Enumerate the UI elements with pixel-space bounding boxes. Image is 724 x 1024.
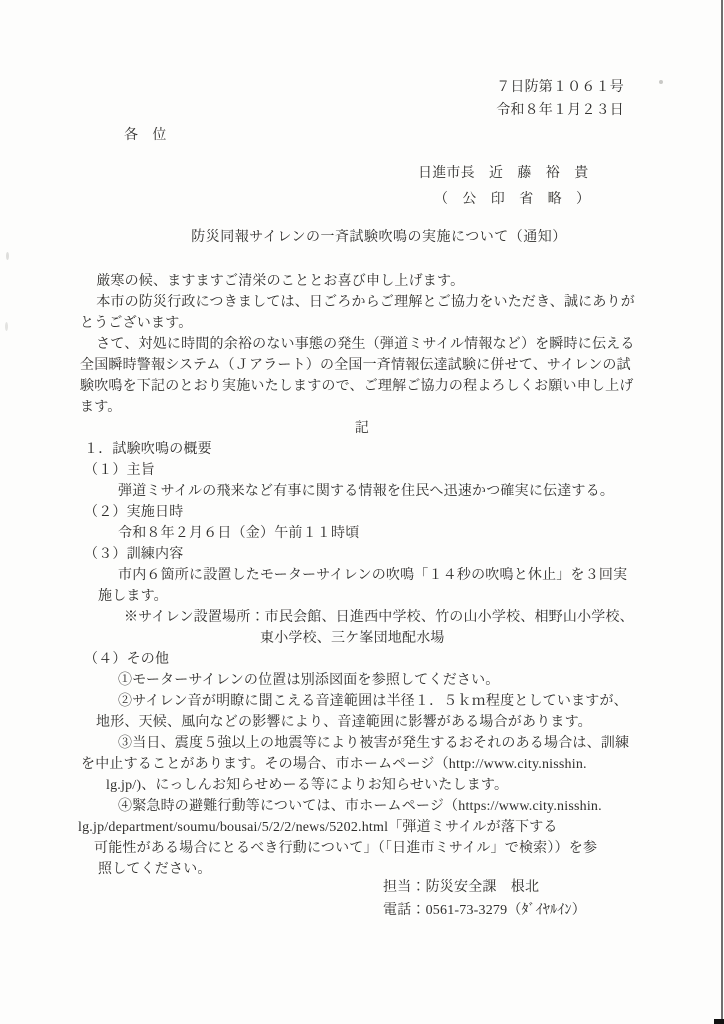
- issue-date: 令和８年１月２３日: [496, 101, 624, 121]
- circled-item: ②サイレン音が明瞭に聞こえる音達範囲は半径１．５ｋｍ程度としていますが、: [118, 692, 628, 712]
- siren-locations-note: ※サイレン設置場所：市民会館、日進西中学校、竹の山小学校、相野山小学校、: [124, 608, 634, 628]
- list-item-heading: （４）その他: [84, 650, 169, 670]
- salutation-line: 厳寒の候、ますますご清栄のこととお喜び申し上げます。: [82, 272, 464, 292]
- contact-phone: 電話：0561-73-3279（ﾀﾞｲﾔﾙｲﾝ）: [383, 901, 586, 921]
- paragraph-line: ます。: [80, 398, 121, 418]
- ki-marker: 記: [355, 419, 369, 439]
- recipient: 各 位: [124, 126, 167, 146]
- list-item-body: 施します。: [98, 587, 168, 607]
- paragraph-line: とうございます。: [80, 314, 192, 334]
- contact-person: 担当：防災安全課 根北: [383, 878, 539, 898]
- seal-omitted-note: （ 公 印 省 略 ）: [434, 190, 590, 210]
- scanned-document-page: ７日防第１０６１号 令和８年１月２３日 各 位 日進市長 近 藤 裕 貴 （ 公…: [0, 0, 724, 1024]
- list-item-heading: （２）実施日時: [84, 503, 183, 523]
- sender-name: 日進市長 近 藤 裕 貴: [418, 164, 588, 184]
- paragraph-line: さて、対処に時間的余裕のない事態の発生（弾道ミサイル情報など）を瞬時に伝える: [82, 335, 635, 355]
- doc-number: ７日防第１０６１号: [496, 78, 624, 98]
- circled-item: ③当日、震度５強以上の地震等により被害が発生するおそれのある場合は、訓練: [118, 734, 629, 754]
- siren-locations-note: 東小学校、三ケ峯団地配水場: [260, 629, 445, 649]
- circled-item: ①モーターサイレンの位置は別添図面を参照してください。: [118, 671, 500, 691]
- scan-corner-mark: [714, 1019, 724, 1024]
- list-item-heading: （１）主旨: [84, 461, 155, 481]
- circled-item-continuation: 可能性がある場合にとるべき行動について」（「日進市ミサイル」で検索））を参: [94, 839, 597, 859]
- scan-edge-line: [721, 0, 723, 1024]
- list-item-heading: （３）訓練内容: [84, 545, 183, 565]
- section-heading: １．試験吹鳴の概要: [84, 440, 212, 460]
- circled-item-continuation: lg.jp/)、にっしんお知らせめーる等によりお知らせいたします。: [106, 776, 508, 796]
- scan-speck: [659, 80, 663, 84]
- circled-item: ④緊急時の避難行動等については、市ホームページ（https://www.city…: [118, 797, 602, 817]
- circled-item-continuation: を中止することがあります。その場合、市ホームページ（http://www.cit…: [81, 755, 587, 775]
- circled-item-continuation: 照してください。: [98, 860, 212, 880]
- list-item-body: 弾道ミサイルの飛来など有事に関する情報を住民へ迅速かつ確実に伝達する。: [118, 482, 614, 502]
- list-item-body: 市内６箇所に設置したモーターサイレンの吹鳴「１４秒の吹鳴と休止」を３回実: [118, 566, 627, 586]
- scan-speck: [5, 322, 8, 331]
- subject-title: 防災同報サイレンの一斉試験吹鳴の実施について（通知）: [191, 228, 566, 248]
- circled-item-continuation: 地形、天候、風向などの影響により、音達範囲に影響がある場合があります。: [96, 713, 592, 733]
- paragraph-line: 全国瞬時警報システム（Ｊアラート）の全国一斉情報伝達試験に併せて、サイレンの試: [80, 356, 631, 376]
- scan-speck: [6, 252, 9, 260]
- circled-item-continuation: lg.jp/department/soumu/bousai/5/2/2/news…: [78, 818, 558, 838]
- paragraph-line: 験吹鳴を下記のとおり実施いたしますので、ご理解ご協力の程よろしくお願い申し上げ: [80, 377, 634, 397]
- list-item-body: 令和８年２月６日（金）午前１１時頃: [118, 524, 359, 544]
- paragraph-line: 本市の防災行政につきましては、日ごろからご理解とご協力をいただき、誠にありが: [82, 293, 635, 313]
